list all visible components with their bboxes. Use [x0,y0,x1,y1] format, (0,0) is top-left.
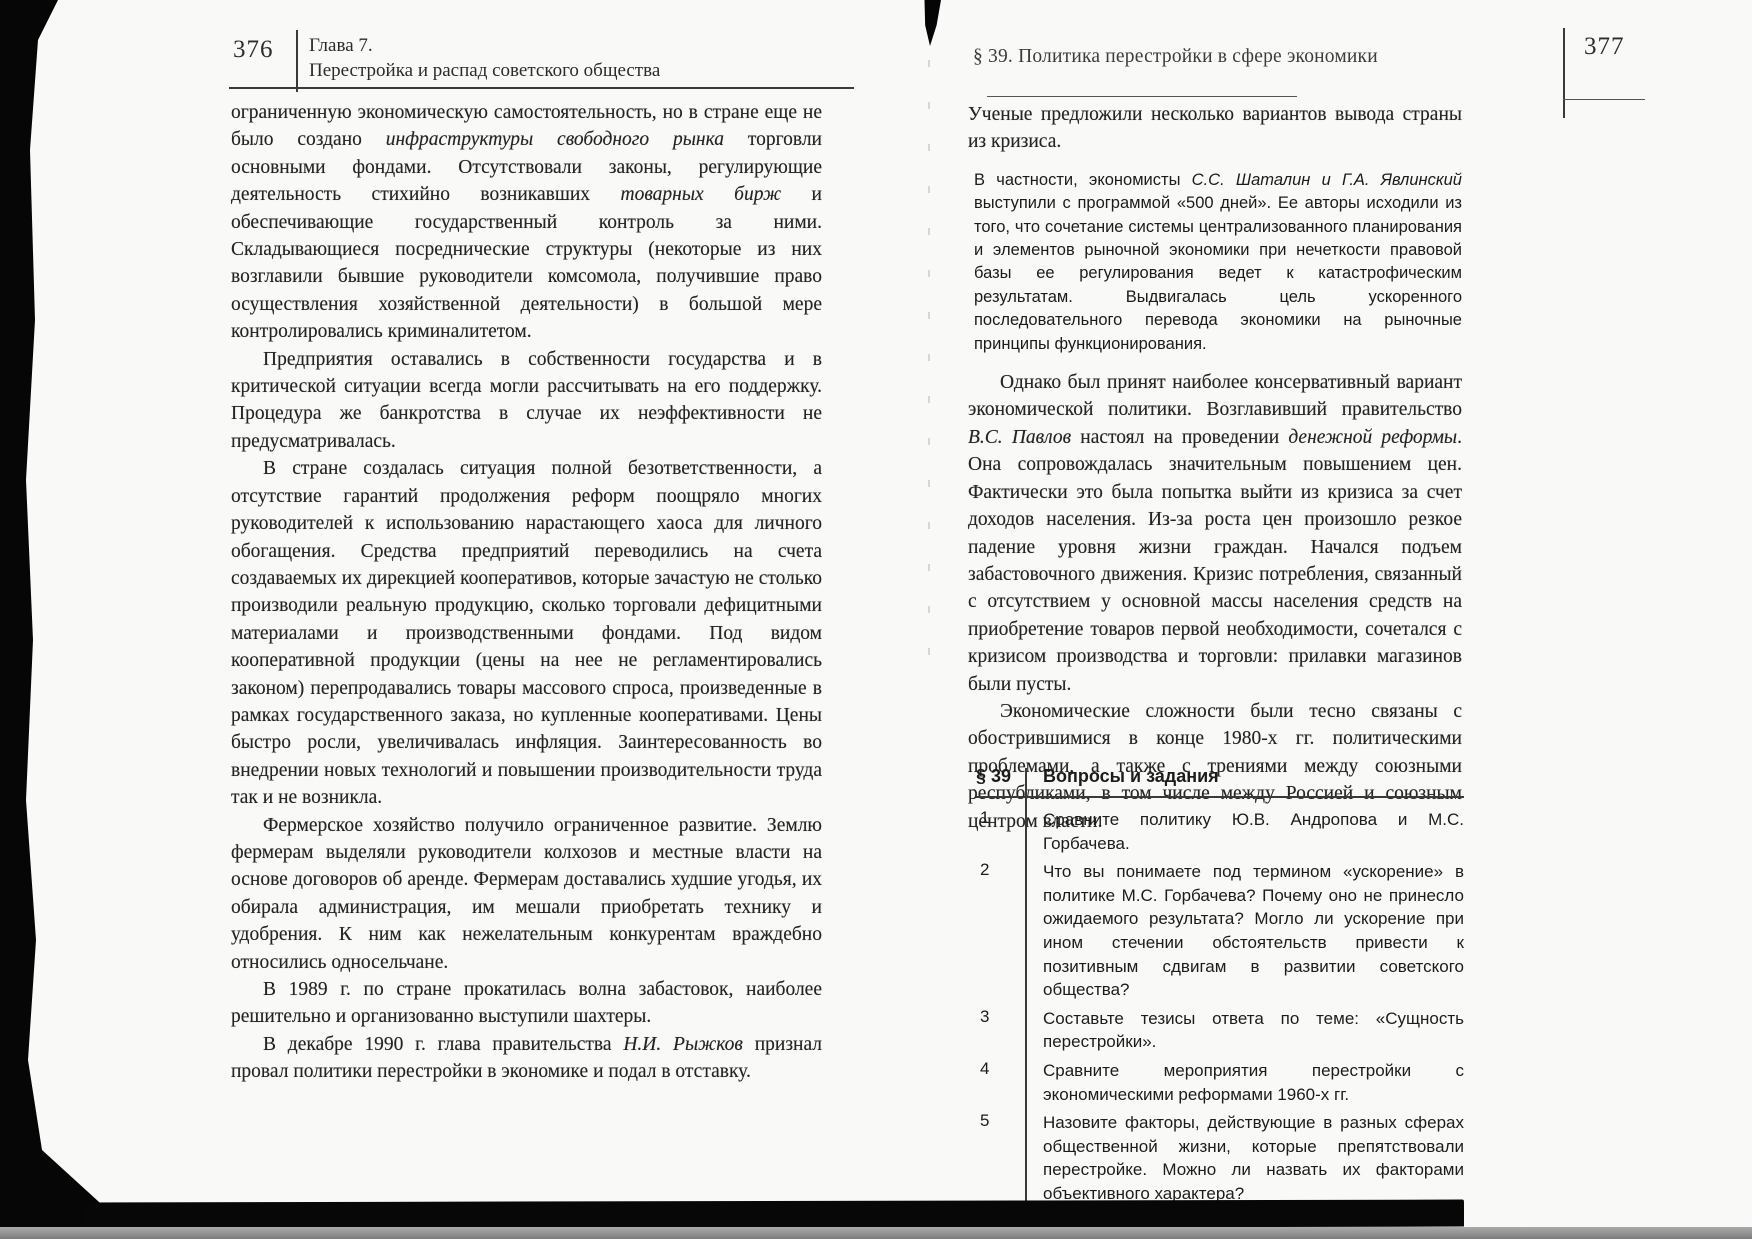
paragraph: В стране создалась ситуация полной безот… [231,455,822,811]
question-number: 1 [968,808,1043,855]
section-label: § 39 [968,766,1043,787]
text-run: . Она сопровождалась значительным повыше… [968,427,1462,695]
paragraph: ограниченную экономическую самостоятельн… [231,99,822,346]
questions-header: § 39 Вопросы и задания [968,766,1464,787]
questions-top-rule [976,796,1464,798]
question-number: 5 [968,1111,1043,1205]
page-number-rule [1563,99,1645,100]
page-number-right: 377 [1584,33,1625,61]
italic-text-run: денежной реформы [1288,427,1457,448]
italic-text-run: В.С. Павлов [968,427,1071,448]
question-row: 1Сравните политику Ю.В. Андропова и М.С.… [968,808,1464,855]
paragraph: Однако был принят наиболее консервативны… [968,369,1462,698]
header-divider-left [296,30,298,92]
italic-text-run: инфраструктуры свободного рынка [386,129,724,150]
question-row: 3Составьте тезисы ответа по теме: «Сущно… [968,1007,1464,1054]
intro-paragraphs: Ученые предложили несколько вариантов вы… [968,101,1462,156]
paragraph: Предприятия оставались в собственности г… [231,346,822,456]
question-number: 3 [968,1007,1043,1054]
question-row: 5Назовите факторы, действующие в разных … [968,1111,1464,1205]
left-page-body: ограниченную экономическую самостоятельн… [231,99,822,1086]
right-page-body: Ученые предложили несколько вариантов вы… [968,101,1462,835]
text-run: и обеспечивающие государственный контрол… [231,184,822,342]
question-number: 2 [968,860,1043,1002]
text-run: Ученые предложили несколько вариантов вы… [968,104,1462,152]
questions-list: 1Сравните политику Ю.В. Андропова и М.С.… [968,808,1464,1206]
questions-title: Вопросы и задания [1043,766,1464,787]
spine-shadow-dashes [928,60,930,680]
paragraph: Фермерское хозяйство получило ограниченн… [231,812,822,976]
chapter-label: Глава 7. [309,33,660,58]
italic-text-run: товарных бирж [621,184,782,205]
question-text: Что вы понимаете под термином «ускорение… [1043,860,1464,1002]
running-head-right: § 39. Политика перестройки в сфере эконо… [973,46,1443,68]
text-run: выступили с программой «500 дней». Ее ав… [974,194,1462,352]
chapter-title: Перестройка и распад советского общества [309,58,660,83]
scan-edge-left [0,0,120,1239]
book-scan: 376 Глава 7. Перестройка и распад советс… [0,0,1752,1239]
question-text: Сравните мероприятия перестройки с эконо… [1043,1059,1464,1106]
question-text: Назовите факторы, действующие в разных с… [1043,1111,1464,1205]
text-run: В частности, экономисты [974,171,1192,189]
scan-edge-bottom [82,1200,1464,1230]
text-run: В декабре 1990 г. глава правительства [263,1034,623,1055]
text-run: Фермерское хозяйство получило ограниченн… [231,815,822,973]
header-rule-left [229,87,854,89]
italic-text-run: С.С. Шаталин и Г.А. Явлинский [1192,171,1462,189]
paragraph: В частности, экономисты С.С. Шаталин и Г… [974,169,1462,356]
paragraph: Ученые предложили несколько вариантов вы… [968,101,1462,156]
text-run: настоял на проведении [1071,427,1288,448]
paragraph: В 1989 г. по стране прокатилась волна за… [231,976,822,1031]
text-run: В стране создалась ситуация полной безот… [231,458,822,808]
page-number-left: 376 [233,36,274,64]
paragraph: В декабре 1990 г. глава правительства Н.… [231,1031,822,1086]
question-row: 4Сравните мероприятия перестройки с экон… [968,1059,1464,1106]
questions-block: § 39 Вопросы и задания 1Сравните политик… [968,766,1464,1211]
scan-edge-bottom-gray [0,1227,1752,1239]
header-divider-right [1563,28,1565,118]
question-text: Сравните политику Ю.В. Андропова и М.С. … [1043,808,1464,855]
question-number: 4 [968,1059,1043,1106]
small-print-inset: В частности, экономисты С.С. Шаталин и Г… [974,169,1462,356]
questions-divider-rule [1025,768,1027,1207]
text-run: В 1989 г. по стране прокатилась волна за… [231,979,822,1027]
spine-ink-mark [919,0,941,46]
question-row: 2Что вы понимаете под термином «ускорени… [968,860,1464,1002]
running-head-left: Глава 7. Перестройка и распад советского… [309,33,660,83]
italic-text-run: Н.И. Рыжков [623,1034,743,1055]
text-run: Предприятия оставались в собственности г… [231,349,822,452]
question-text: Составьте тезисы ответа по теме: «Сущнос… [1043,1007,1464,1054]
text-run: Однако был принят наиболее консервативны… [968,372,1462,420]
header-rule-right [987,96,1297,97]
